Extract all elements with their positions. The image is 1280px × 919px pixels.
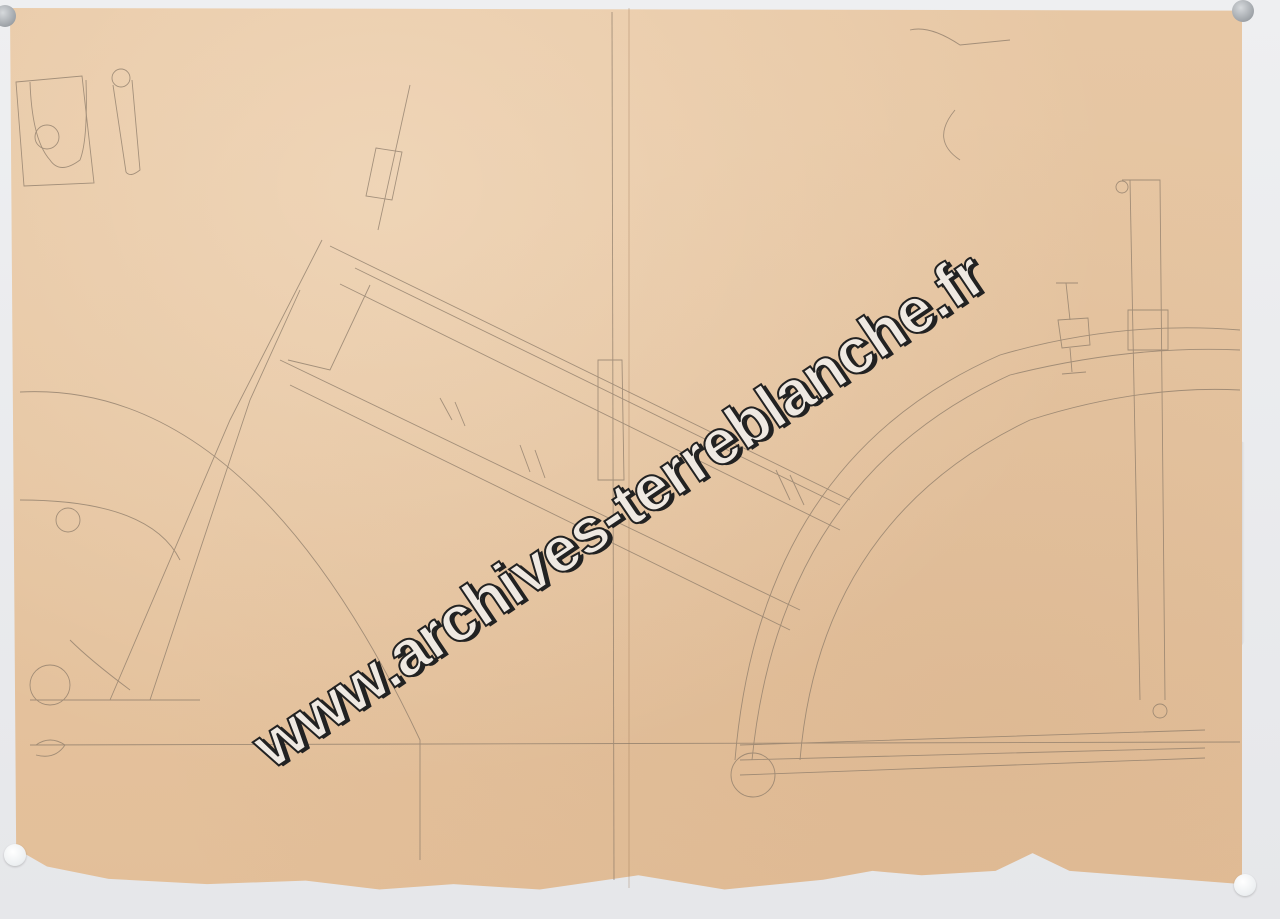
pin-bottom-left bbox=[4, 844, 26, 866]
pin-top-right bbox=[1232, 0, 1254, 22]
pin-bottom-right bbox=[1234, 874, 1256, 896]
